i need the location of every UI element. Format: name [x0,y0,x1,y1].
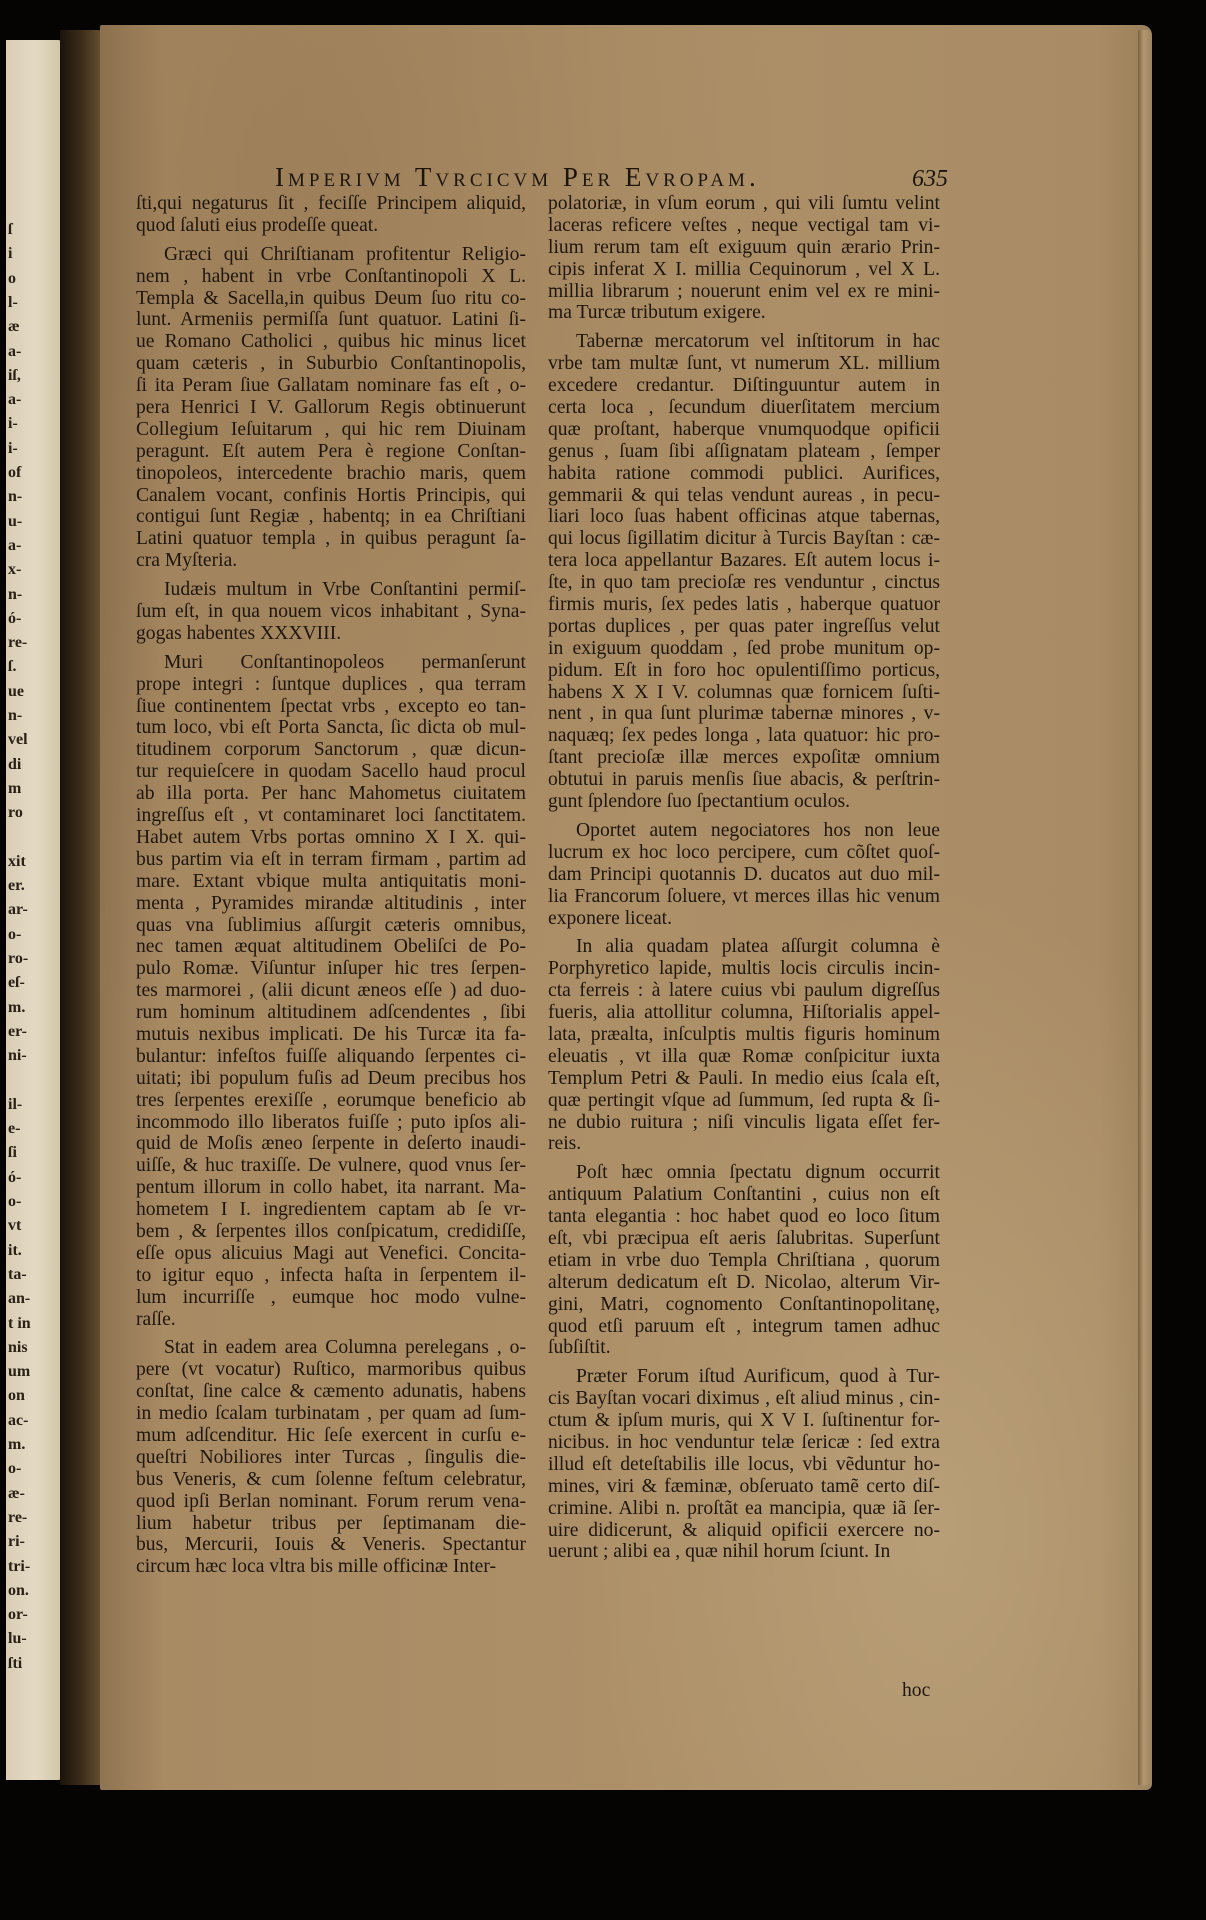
left-page-text-fragment: ta- [8,1265,60,1285]
left-page-text-fragment: o- [8,1192,60,1212]
text-line: to igitur equo , infecta haſta in ſerpen… [136,1265,526,1287]
text-line: Iudæis multum in Vrbe Conſtantini permiſ… [136,579,526,601]
left-page-text-fragment: ó- [8,609,60,629]
left-page-text-fragment: o- [8,925,60,945]
text-line: prope integri : ſuntque duplices , qua t… [136,674,526,696]
text-line: obtutui in paruis menſis ſiue abacis, & … [548,769,940,791]
text-line: conſtat, ſine calce & cæmento adunatis, … [136,1381,526,1403]
paragraph-gap [136,237,526,244]
text-line: pentum illorum in collo habet, ita narra… [136,1177,526,1199]
left-page-text-fragment: tri- [8,1557,60,1577]
text-line: portas duplices , per quas pater ingreſſ… [548,616,940,638]
text-line: ctum & ipſum muris, qui X V I. ſuſtinent… [548,1410,940,1432]
text-line: peragunt. Eſt autem Pera è regione Conſt… [136,441,526,463]
left-page-text-fragment: a- [8,390,60,410]
left-page-text-fragment: i- [8,439,60,459]
text-line: etiam in vrbe duo Templa Chriſtiana , qu… [548,1250,940,1272]
text-line: exponere liceat. [548,908,940,930]
catchword: hoc [902,1680,930,1702]
text-line: lium rerum tam eſt exiguum quin ærario P… [548,237,940,259]
text-line: queſtri Nobiliores inter Turcas , ſingul… [136,1447,526,1469]
text-line: tera loca appellantur Bazares. Eſt autem… [548,550,940,572]
text-line: pulo Romæ. Viſuntur inſuper hic tres ſer… [136,958,526,980]
paragraph-gap [548,929,940,936]
left-page-text-fragment: t in [8,1314,60,1334]
text-line: incommodo illo liberatos fuiſſe ; puto i… [136,1112,526,1134]
text-line: tum loco, vbi eſt Porta Sancta, ſic dict… [136,717,526,739]
text-line: tes marmorei , (alii dicunt æneos eſſe )… [136,980,526,1002]
page-number: 635 [912,166,948,193]
text-line: crimine. Alibi n. proſtãt ea mancipia, q… [548,1498,940,1520]
left-page-text-fragment: vt [8,1216,60,1236]
text-line: Muri Conſtantinopoleos permanſerunt [136,652,526,674]
text-line: Habet autem Vrbs portas omnino X I X. qu… [136,827,526,849]
text-line: polatoriæ, in vſum eorum , qui vili ſumt… [548,193,940,215]
left-page-text-fragment: er- [8,1022,60,1042]
left-page-text-fragment: æ [8,317,60,337]
left-page-text-fragment: or- [8,1605,60,1625]
text-line: pere (vt vocatur) Ruſtico, marmoribus qu… [136,1359,526,1381]
text-line: tur requieſcere in quodam Sacello haud p… [136,761,526,783]
text-line: vrbe tam multæ ſunt, vt numerum XL. mill… [548,353,940,375]
text-line: habita ratione commodi publici. Aurifice… [548,463,940,485]
text-line: dam Principi quotannis D. ducatos aut du… [548,864,940,886]
text-line: pidum. Eſt in foro hoc opulentiſſimo por… [548,660,940,682]
text-line: mines, viri & fæminæ, obſeruato tamẽ cer… [548,1476,940,1498]
text-line: gogas habentes XXXVIII. [136,623,526,645]
left-page-text-fragment: di [8,755,60,775]
left-page-text-fragment: ſti [8,1654,60,1674]
text-line: quid de Moſis æneo ſerpente in deſerto i… [136,1133,526,1155]
text-line: certa loca , ſecundum diuerſitatem merci… [548,397,940,419]
text-line: cis Bayſtan vocari diximus , eſt aliud m… [548,1388,940,1410]
text-line: hometem I I. ingredientem captam ab ſe v… [136,1199,526,1221]
text-line: reis. [548,1133,940,1155]
text-line: mutuis nexibus implicati. De his Turcæ i… [136,1024,526,1046]
text-line: Poſt hæc omnia ſpectatu dignum occurrit [548,1162,940,1184]
text-line: uerunt ; alibi ea , quæ nihil horum ſciu… [548,1541,940,1563]
left-page-text-fragment: lu- [8,1629,60,1649]
left-page-text-fragment: o [8,269,60,289]
text-line: bus partim via eſt in terram firmam , pa… [136,849,526,871]
facing-left-page-edge: ſiol-æa-iſ,a-i-i-ofn-u-a-x-n-ó-re-ſ.uen-… [6,40,64,1780]
left-page-text-fragment: m. [8,1435,60,1455]
left-page-text-fragment: ac- [8,1411,60,1431]
left-page-text-fragment: ſi [8,1143,60,1163]
text-line: in medio ſcalam turbinatam , per quam ad… [136,1403,526,1425]
paragraph-gap [548,813,940,820]
text-line: uire didicerunt, & aliquid opificii exer… [548,1520,940,1542]
text-line: laceras reficere veſtes , neque vectigal… [548,215,940,237]
left-page-text-fragment: u- [8,512,60,532]
text-line: menta , Pyramides mirandæ altitudinis , … [136,893,526,915]
text-line: bulantur: infeſtos fuiſſe aliquando ſerp… [136,1046,526,1068]
left-page-text-fragment: o- [8,1459,60,1479]
text-line: pera Henrici I V. Gallorum Regis obtinue… [136,397,526,419]
text-line: ſubſiſtit. [548,1337,940,1359]
left-page-text-fragment: ſ [8,220,60,240]
left-page-text-fragment: xit [8,852,60,872]
text-line: mare. Extant vbique multa antiquitatis m… [136,871,526,893]
left-page-text-fragment: re- [8,1508,60,1528]
text-line: Tabernæ mercatorum vel inſtitorum in hac [548,331,940,353]
left-page-text-fragment: on. [8,1581,60,1601]
left-page-text-fragment: i- [8,414,60,434]
text-line: quam cæteris , in Suburbio Conſtantinopo… [136,353,526,375]
text-line: nec tamen æquat altitudinem Obeliſci de … [136,936,526,958]
text-line: quod etſi paruum eſt , integrum tamen ad… [548,1316,940,1338]
text-line: titudinem corporum Sanctorum , quæ dicun… [136,739,526,761]
paragraph-gap [136,1330,526,1337]
text-line: nem , habent in vrbe Conſtantinopoli X L… [136,266,526,288]
left-page-text-fragment: an- [8,1289,60,1309]
text-line: eſſe opus alicuius Magi aut Venefici. Co… [136,1243,526,1265]
left-page-text-fragment: n- [8,487,60,507]
left-page-text-fragment: i [8,244,60,264]
text-line: ſi ita Peram ſiue Gallatam nominare fas … [136,375,526,397]
paragraph-gap [136,645,526,652]
text-line: Porphyretico lapide, multis locis circul… [548,958,940,980]
text-line: lum incurriſſe , eumque hoc modo vulne- [136,1287,526,1309]
text-line: cra Myſteria. [136,550,526,572]
text-line: bus Veneris, & cum ſolenne feſtum celebr… [136,1469,526,1491]
text-line: in exiguum quoddam , ſed probe munitum o… [548,638,940,660]
text-line: fueris, alia attollitur columna, Hiſtori… [548,1002,940,1024]
text-line: gemmarii & qui telas vendunt aureas , in… [548,485,940,507]
text-line: nent , in qua ſunt plurimæ tabernæ minor… [548,703,940,725]
text-line: ne dubio ruitura ; niſi vinculis ligata … [548,1112,940,1134]
text-line: millia librarum ; nouerunt enim vel ex r… [548,281,940,303]
text-line: In alia quadam platea aſſurgit columna è [548,936,940,958]
text-line: mum adſcenditur. Hic ſeſe exercent in cu… [136,1425,526,1447]
text-line: Oportet autem negociatores hos non leue [548,820,940,842]
text-line: ab illa porta. Per hanc Mahometus ciuita… [136,783,526,805]
text-line: alterum dedicatum eſt D. Nicolao, alteru… [548,1272,940,1294]
left-page-text-fragment: ó- [8,1168,60,1188]
text-line: gini, Matri, cognomento Conſtantinopolit… [548,1294,940,1316]
left-page-text-fragment: iſ, [8,366,60,386]
paragraph-gap [548,324,940,331]
text-line: ſte, in quo tam precioſæ res venduntur ,… [548,572,940,594]
text-line: Latini quatuor templa , in quibus peragu… [136,528,526,550]
left-page-text-fragment: e- [8,1119,60,1139]
text-line: nicibus. in hoc venduntur telæ ſericæ : … [548,1432,940,1454]
text-line: Præter Forum iſtud Aurificum, quod à Tur… [548,1366,940,1388]
left-page-text-fragment: ni- [8,1046,60,1066]
text-line: antiquum Palatium Conſtantini , cuius no… [548,1184,940,1206]
text-line: eleuatis , vt illa quæ Romæ conſpicitur … [548,1046,940,1068]
text-line: gunt ſplendore ſuo ſpectantium oculos. [548,791,940,813]
text-line: lunt. Armeniis permiſſa ſunt quatuor. La… [136,309,526,331]
left-page-text-fragment: m [8,779,60,799]
text-line: quod ipſi Berlan nominant. Forum rerum v… [136,1491,526,1513]
text-line: cta ferreis : à latere cuius vbi paulum … [548,980,940,1002]
text-line: quæ proſtant, haberque vnumquodque opifi… [548,419,940,441]
left-page-text-fragment: ro- [8,949,60,969]
left-page-text-fragment: a- [8,342,60,362]
text-line: lia Francorum ſoluere, vt merces illas h… [548,886,940,908]
text-line: firmis muris, ſex pedes latis , haberque… [548,594,940,616]
text-line: ſtant precioſæ illæ merces expoſitæ omni… [548,747,940,769]
left-page-text-fragment: x- [8,560,60,580]
left-page-text-fragment: l- [8,293,60,313]
left-page-text-fragment: a- [8,536,60,556]
text-line: naquæq; ſex pedes longa , lata quatuor: … [548,725,940,747]
text-line: ſti,qui negaturus ſit , feciſſe Principe… [136,193,526,215]
text-line: quæ pertingit vſque ad ſummum, ſed rupta… [548,1090,940,1112]
left-page-text-fragment: m. [8,998,60,1018]
left-page-text-fragment: eſ- [8,973,60,993]
text-line: raſſe. [136,1309,526,1331]
text-line: Græci qui Chriſtianam profitentur Religi… [136,244,526,266]
text-line: tres ſerpentes erexiſſe , eorumque benef… [136,1090,526,1112]
left-page-text-fragment: ue [8,682,60,702]
left-page-text-fragment: ar- [8,900,60,920]
left-page-text-fragment: of [8,463,60,483]
left-page-text-fragment: vel [8,730,60,750]
text-line: lata, præalta, inſculptis multis figuris… [548,1024,940,1046]
left-page-text-fragment: er. [8,876,60,896]
text-line: Canalem vocant, confinis Hortis Principi… [136,485,526,507]
text-line: rum hominum altitudinem adſcendentes , ſ… [136,1002,526,1024]
text-line: cipis inferat X I. millia Cequinorum , v… [548,259,940,281]
paragraph-gap [548,1359,940,1366]
paragraph-gap [548,1155,940,1162]
text-line: ue Romano Catholici , quibus hic minus l… [136,331,526,353]
text-line: ingreſſus eſt , vt contaminaret loci ſan… [136,805,526,827]
page-fore-edge [1138,30,1152,1785]
text-line: ſiue continentem ſpectat vrbs , excepto … [136,696,526,718]
running-head: Imperivm Tvrcicvm Per Evropam. [275,162,760,193]
text-line: quod ſaluti eius prodeſſe queat. [136,215,526,237]
text-line: habens X X I V. columnas quæ fornicem ſu… [548,682,940,704]
left-page-text-fragment: on [8,1386,60,1406]
left-page-text-fragment: um [8,1362,60,1382]
text-line: Templa & Sacella,in quibus Deum ſuo ritu… [136,288,526,310]
left-page-text-fragment: il- [8,1095,60,1115]
text-line: uiſſe, & huc traxiſſe. De vulnere, quod … [136,1155,526,1177]
left-page-text-fragment: n- [8,585,60,605]
left-page-text-fragment: ſ. [8,657,60,677]
text-line: ma Turcæ tributum exigere. [548,302,940,324]
text-line: genus , ſuam ſibi aſſignatam plateam , ſ… [548,441,940,463]
right-text-column: polatoriæ, in vſum eorum , qui vili ſumt… [548,193,940,1563]
text-line: uitati; ibi populum fuſis ad Deum precib… [136,1068,526,1090]
left-text-column: ſti,qui negaturus ſit , feciſſe Principe… [136,193,526,1578]
text-line: eſt, vbi præcipua eſt aeris ſalubritas. … [548,1228,940,1250]
text-line: quas vna ſublimius aſſurgit cæteris omni… [136,915,526,937]
left-page-text-fragment: n- [8,706,60,726]
text-line: Collegium Ieſuitarum , qui hic rem Diuin… [136,419,526,441]
left-page-text-fragment: ri- [8,1532,60,1552]
text-line: illud eſt deteſtabilis ille locus, vbi v… [548,1454,940,1476]
text-line: liari loco ſuas habent officinas atque t… [548,506,940,528]
text-line: contigui ſunt Regiæ , habentq; in ea Chr… [136,506,526,528]
text-line: lium habetur tribus per ſeptimanam die- [136,1513,526,1535]
left-page-text-fragment: ro [8,803,60,823]
left-page-text-fragment: re- [8,633,60,653]
paragraph-gap [136,572,526,579]
text-line: bem , & ſerpentes illos conſpicatum, cre… [136,1221,526,1243]
text-line: bus, Mercurii, Iouis & Veneris. Spectant… [136,1534,526,1556]
text-line: circum hæc loca vltra bis mille officinæ… [136,1556,526,1578]
text-line: ſum eſt, in qua nouem vicos inhabitant ,… [136,601,526,623]
left-page-text-fragment: nis [8,1338,60,1358]
text-line: Stat in eadem area Columna perelegans , … [136,1337,526,1359]
text-line: qui locus ſigillatim dicitur à Turcis Ba… [548,528,940,550]
text-line: excedere credantur. Diſtinguuntur autem … [548,375,940,397]
left-page-text-fragment: it. [8,1241,60,1261]
text-line: Templum Petri & Pauli. In medio eius ſca… [548,1068,940,1090]
left-page-text-fragment: æ- [8,1484,60,1504]
text-line: lucrum ex hoc loco percipere, cum cõſtet… [548,842,940,864]
text-line: tinopoleos, intercedente brachio maris, … [136,463,526,485]
text-line: tanta elegantia : hoc habet quod eo loco… [548,1206,940,1228]
